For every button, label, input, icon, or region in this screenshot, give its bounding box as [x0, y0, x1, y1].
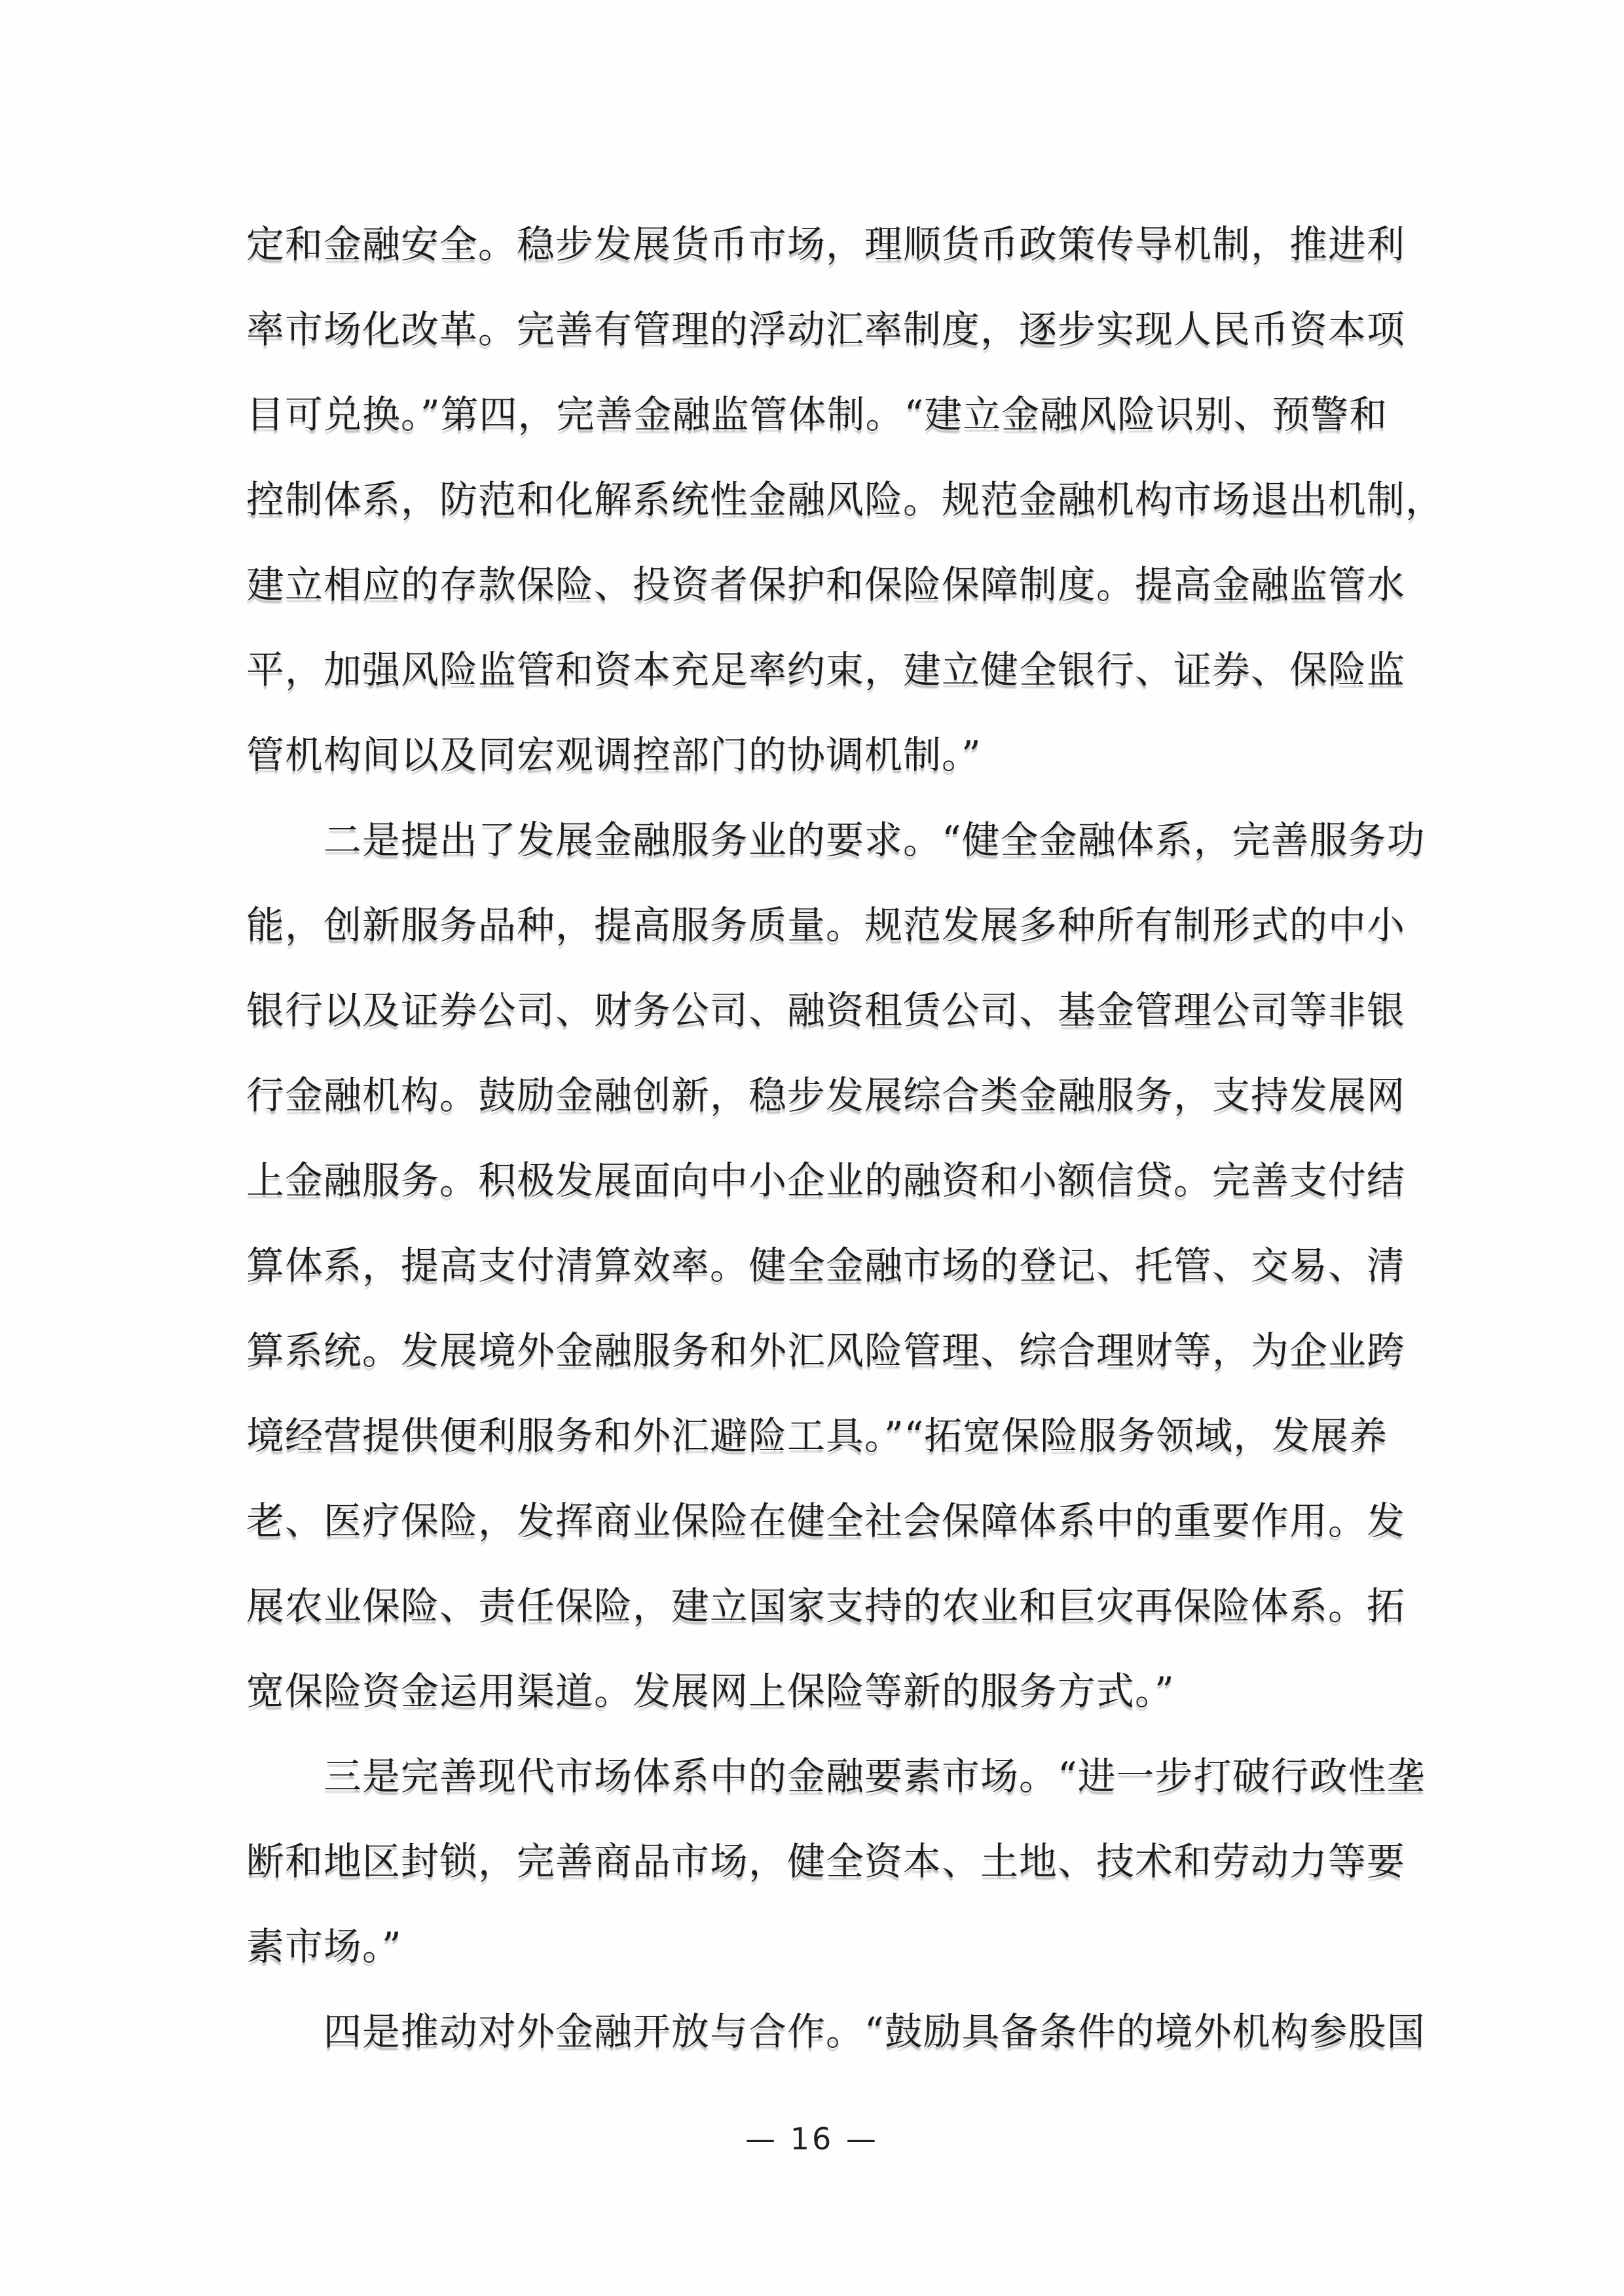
text-line: 管机构间以及同宏观调控部门的协调机制。” — [246, 712, 1425, 797]
text-line: 控制体系，防范和化解系统性金融风险。规范金融机构市场退出机制， — [246, 457, 1425, 542]
page-body-text: 定和金融安全。稳步发展货币市场，理顺货币政策传导机制，推进利率市场化改革。完善有… — [246, 202, 1425, 2074]
text-line: 能，创新服务品种，提高服务质量。规范发展多种所有制形式的中小 — [246, 883, 1425, 968]
text-line: 建立相应的存款保险、投资者保护和保险保障制度。提高金融监管水 — [246, 542, 1425, 627]
text-line: 素市场。” — [246, 1904, 1425, 1989]
text-line: 二是提出了发展金融服务业的要求。“健全金融体系，完善服务功 — [246, 797, 1425, 883]
text-line: 定和金融安全。稳步发展货币市场，理顺货币政策传导机制，推进利 — [246, 202, 1425, 287]
text-line: 行金融机构。鼓励金融创新，稳步发展综合类金融服务，支持发展网 — [246, 1053, 1425, 1138]
text-line: 老、医疗保险，发挥商业保险在健全社会保障体系中的重要作用。发 — [246, 1478, 1425, 1563]
text-line: 银行以及证券公司、财务公司、融资租赁公司、基金管理公司等非银 — [246, 968, 1425, 1053]
text-line: 算系统。发展境外金融服务和外汇风险管理、综合理财等，为企业跨 — [246, 1308, 1425, 1393]
text-line: 展农业保险、责任保险，建立国家支持的农业和巨灾再保险体系。拓 — [246, 1563, 1425, 1649]
text-line: 目可兑换。”第四，完善金融监管体制。“建立金融风险识别、预警和 — [246, 372, 1425, 457]
text-line: 上金融服务。积极发展面向中小企业的融资和小额信贷。完善支付结 — [246, 1138, 1425, 1223]
page-number: — 16 — — [0, 2121, 1624, 2157]
text-line: 四是推动对外金融开放与合作。“鼓励具备条件的境外机构参股国 — [246, 1989, 1425, 2074]
text-line: 算体系，提高支付清算效率。健全金融市场的登记、托管、交易、清 — [246, 1223, 1425, 1308]
text-line: 宽保险资金运用渠道。发展网上保险等新的服务方式。” — [246, 1649, 1425, 1734]
text-line: 率市场化改革。完善有管理的浮动汇率制度，逐步实现人民币资本项 — [246, 287, 1425, 372]
text-line: 三是完善现代市场体系中的金融要素市场。“进一步打破行政性垄 — [246, 1734, 1425, 1819]
text-line: 境经营提供便利服务和外汇避险工具。”“拓宽保险服务领域，发展养 — [246, 1393, 1425, 1478]
text-line: 平，加强风险监管和资本充足率约束，建立健全银行、证券、保险监 — [246, 627, 1425, 712]
document-page: 定和金融安全。稳步发展货币市场，理顺货币政策传导机制，推进利率市场化改革。完善有… — [0, 0, 1624, 2296]
text-line: 断和地区封锁，完善商品市场，健全资本、土地、技术和劳动力等要 — [246, 1819, 1425, 1904]
